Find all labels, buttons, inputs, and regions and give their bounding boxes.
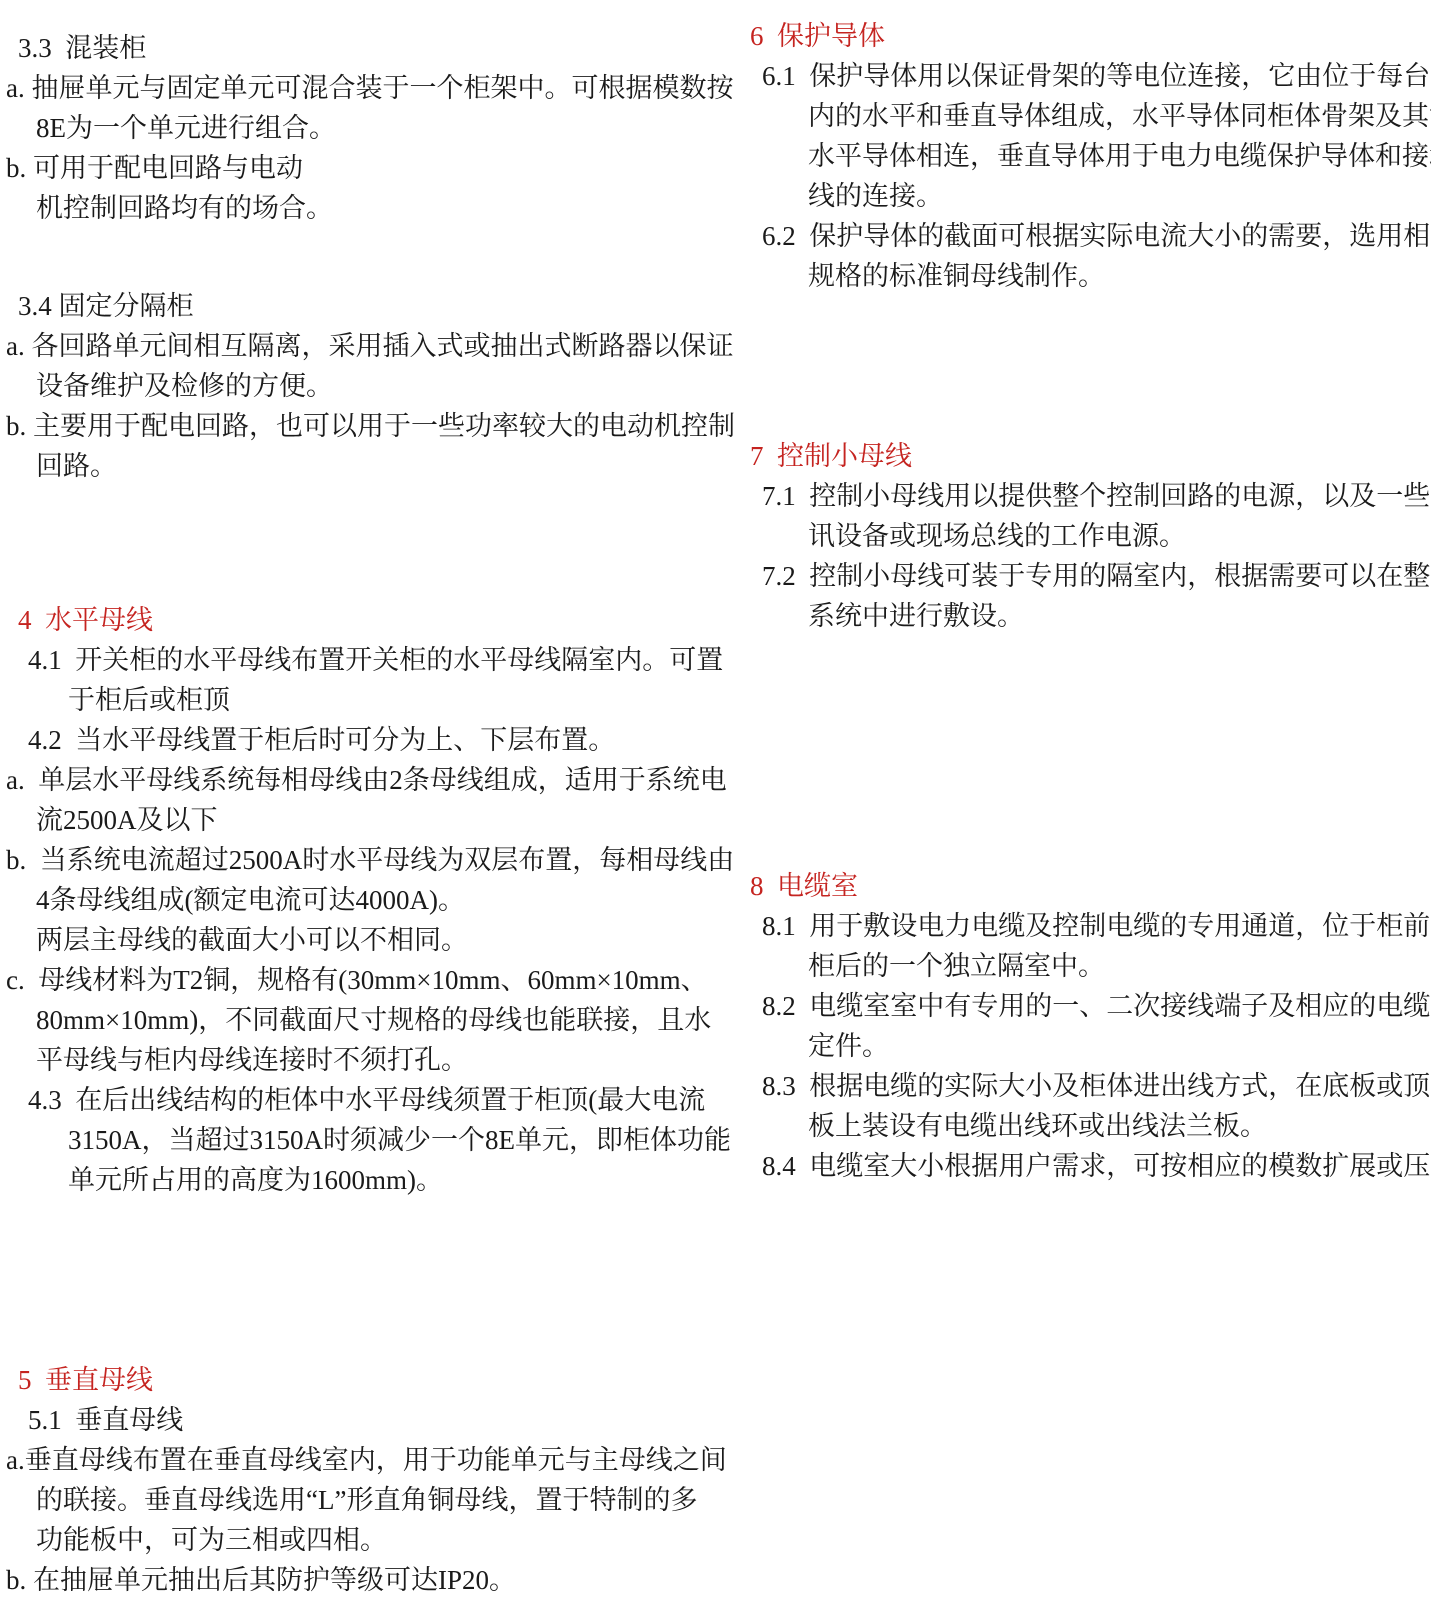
text-line: 4.1 开关柜的水平母线布置开关柜的水平母线隔室内。可置 [28, 640, 712, 680]
section-3-4: 3.4 固定分隔柜 a. 各回路单元间相互隔离，采用插入式或抽出式断路器以保证 … [6, 286, 712, 486]
section-heading: 6 保护导体 [750, 16, 1431, 56]
text-line: 5.1 垂直母线 [28, 1400, 712, 1440]
text-line: c. 母线材料为T2铜，规格有(30mm×10mm、60mm×10mm、 [6, 960, 712, 1000]
text-line: 板上装设有电缆出线环或出线法兰板。 [808, 1106, 1431, 1146]
text-line: 7.1 控制小母线用以提供整个控制回路的电源，以及一些通 [762, 476, 1431, 516]
text-line: 内的水平和垂直导体组成，水平导体同柜体骨架及其它 [808, 96, 1431, 136]
text-line: 回路。 [36, 446, 712, 486]
section-4: 4 水平母线 4.1 开关柜的水平母线布置开关柜的水平母线隔室内。可置 于柜后或… [6, 600, 712, 1200]
text-line: a. 抽屉单元与固定单元可混合装于一个柜架中。可根据模数按 [6, 68, 712, 108]
text-line: 的联接。垂直母线选用“L”形直角铜母线，置于特制的多 [36, 1480, 712, 1520]
text-line: 设备维护及检修的方便。 [36, 366, 712, 406]
section-heading: 8 电缆室 [750, 866, 1431, 906]
text-line: 柜后的一个独立隔室中。 [808, 946, 1431, 986]
text-line: b. 可用于配电回路与电动 [6, 148, 712, 188]
document-page: 3.3 混装柜 a. 抽屉单元与固定单元可混合装于一个柜架中。可根据模数按 8E… [0, 0, 1431, 1612]
text-line: 8.1 用于敷设电力电缆及控制电缆的专用通道，位于柜前或 [762, 906, 1431, 946]
text-line: 系统中进行敷设。 [808, 596, 1431, 636]
text-line: 8E为一个单元进行组合。 [36, 108, 712, 148]
text-line: 于柜后或柜顶 [68, 680, 712, 720]
text-line: b. 在抽屉单元抽出后其防护等级可达IP20。 [6, 1560, 712, 1600]
text-line: 7.2 控制小母线可装于专用的隔室内，根据需要可以在整个 [762, 556, 1431, 596]
text-line: 4.2 当水平母线置于柜后时可分为上、下层布置。 [28, 720, 712, 760]
text-line: a.垂直母线布置在垂直母线室内，用于功能单元与主母线之间 [6, 1440, 712, 1480]
section-8: 8 电缆室 8.1 用于敷设电力电缆及控制电缆的专用通道，位于柜前或 柜后的一个… [742, 866, 1431, 1186]
text-line: 8.3 根据电缆的实际大小及柜体进出线方式，在底板或顶盖 [762, 1066, 1431, 1106]
text-line: 8.4 电缆室大小根据用户需求，可按相应的模数扩展或压缩。 [762, 1146, 1431, 1186]
text-line: b. 主要用于配电回路，也可以用于一些功率较大的电动机控制 [6, 406, 712, 446]
section-5: 5 垂直母线 5.1 垂直母线 a.垂直母线布置在垂直母线室内，用于功能单元与主… [6, 1360, 712, 1600]
text-line: 平母线与柜内母线连接时不须打孔。 [36, 1040, 712, 1080]
section-heading: 4 水平母线 [18, 600, 712, 640]
text-line: 流2500A及以下 [36, 800, 712, 840]
text-line: 4.3 在后出线结构的柜体中水平母线须置于柜顶(最大电流 [28, 1080, 712, 1120]
section-heading: 7 控制小母线 [750, 436, 1431, 476]
text-line: 4条母线组成(额定电流可达4000A)。 [36, 880, 712, 920]
text-line: 定件。 [808, 1026, 1431, 1066]
section-heading: 3.4 固定分隔柜 [18, 286, 712, 326]
text-line: 规格的标准铜母线制作。 [808, 256, 1431, 296]
section-7: 7 控制小母线 7.1 控制小母线用以提供整个控制回路的电源，以及一些通 讯设备… [742, 436, 1431, 636]
text-line: 3150A，当超过3150A时须减少一个8E单元，即柜体功能 [68, 1120, 712, 1160]
text-line: 6.1 保护导体用以保证骨架的等电位连接，它由位于每台柜 [762, 56, 1431, 96]
section-heading: 5 垂直母线 [18, 1360, 712, 1400]
text-line: 功能板中，可为三相或四相。 [36, 1520, 712, 1560]
text-line: 水平导体相连，垂直导体用于电力电缆保护导体和接地 [808, 136, 1431, 176]
text-line: 单元所占用的高度为1600mm)。 [68, 1160, 712, 1200]
section-3-3: 3.3 混装柜 a. 抽屉单元与固定单元可混合装于一个柜架中。可根据模数按 8E… [6, 28, 712, 228]
text-line: 讯设备或现场总线的工作电源。 [808, 516, 1431, 556]
text-line: 两层主母线的截面大小可以不相同。 [36, 920, 712, 960]
section-6: 6 保护导体 6.1 保护导体用以保证骨架的等电位连接，它由位于每台柜 内的水平… [742, 16, 1431, 296]
text-line: 线的连接。 [808, 176, 1431, 216]
text-line: a. 各回路单元间相互隔离，采用插入式或抽出式断路器以保证 [6, 326, 712, 366]
text-line: a. 单层水平母线系统每相母线由2条母线组成，适用于系统电 [6, 760, 712, 800]
section-heading: 3.3 混装柜 [18, 28, 712, 68]
text-line: 6.2 保护导体的截面可根据实际电流大小的需要，选用相应 [762, 216, 1431, 256]
text-line: 80mm×10mm)，不同截面尺寸规格的母线也能联接，且水 [36, 1000, 712, 1040]
text-line: 机控制回路均有的场合。 [36, 188, 712, 228]
text-line: 8.2 电缆室室中有专用的一、二次接线端子及相应的电缆固 [762, 986, 1431, 1026]
text-line: b. 当系统电流超过2500A时水平母线为双层布置，每相母线由 [6, 840, 712, 880]
